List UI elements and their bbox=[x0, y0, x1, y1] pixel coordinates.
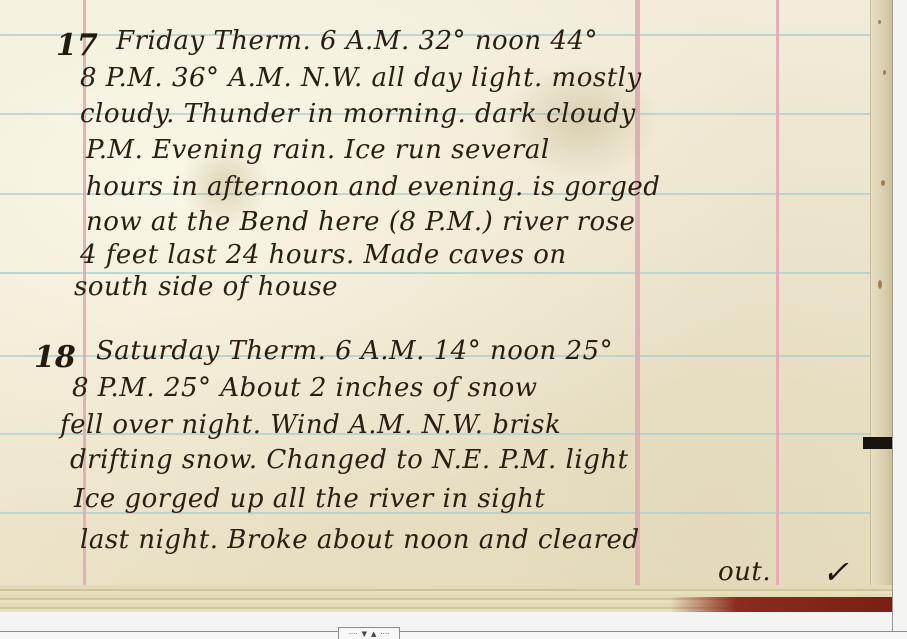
binding-tab bbox=[863, 437, 893, 449]
entry-line: hours in afternoon and evening. is gorge… bbox=[86, 172, 660, 202]
entry-line: south side of house bbox=[74, 272, 338, 302]
entry-line: Friday Therm. 6 A.M. 32° noon 44° bbox=[116, 26, 598, 56]
book-cover-edge bbox=[670, 597, 893, 612]
entry-day-number: 17 bbox=[56, 28, 98, 63]
entry-line: P.M. Evening rain. Ice run several bbox=[86, 135, 550, 165]
entry-line: last night. Broke about noon and cleared bbox=[80, 525, 640, 555]
image-viewer: 17 Friday Therm. 6 A.M. 32° noon 44° 8 P… bbox=[0, 0, 907, 639]
entry-line: out. bbox=[718, 557, 771, 587]
grip-dots-left: ···· bbox=[349, 631, 358, 638]
chevron-up-icon[interactable]: ▲ bbox=[371, 631, 376, 638]
entry-line: 4 feet last 24 hours. Made caves on bbox=[80, 240, 567, 270]
foxing-spot bbox=[878, 20, 881, 24]
page-gutter bbox=[870, 0, 893, 600]
grip-dots-right: ···· bbox=[380, 631, 389, 638]
entry-line: now at the Bend here (8 P.M.) river rose bbox=[86, 207, 635, 237]
entry-line: 8 P.M. 25° About 2 inches of snow bbox=[72, 373, 538, 403]
entry-line: Saturday Therm. 6 A.M. 14° noon 25° bbox=[96, 336, 613, 366]
foxing-spot bbox=[881, 180, 885, 186]
entry-line: Ice gorged up all the river in sight bbox=[74, 484, 545, 514]
entry-line: drifting snow. Changed to N.E. P.M. ligh… bbox=[70, 445, 629, 475]
foxing-spot bbox=[883, 70, 886, 75]
diary-page-scan: 17 Friday Therm. 6 A.M. 32° noon 44° 8 P… bbox=[0, 0, 893, 612]
chevron-down-icon[interactable]: ▼ bbox=[362, 631, 367, 638]
foxing-spot bbox=[878, 280, 882, 289]
entry-day-number: 18 bbox=[34, 340, 76, 375]
entry-line: 8 P.M. 36° A.M. N.W. all day light. most… bbox=[80, 63, 642, 93]
viewer-right-border bbox=[892, 0, 907, 639]
entry-line: cloudy. Thunder in morning. dark cloudy bbox=[80, 99, 636, 129]
viewer-bottom-bar bbox=[0, 631, 907, 639]
entry-line: fell over night. Wind A.M. N.W. brisk bbox=[60, 410, 561, 440]
viewer-toolbar-toggle[interactable]: ···· ▼ ▲ ···· bbox=[338, 627, 400, 639]
column-line bbox=[776, 0, 779, 600]
